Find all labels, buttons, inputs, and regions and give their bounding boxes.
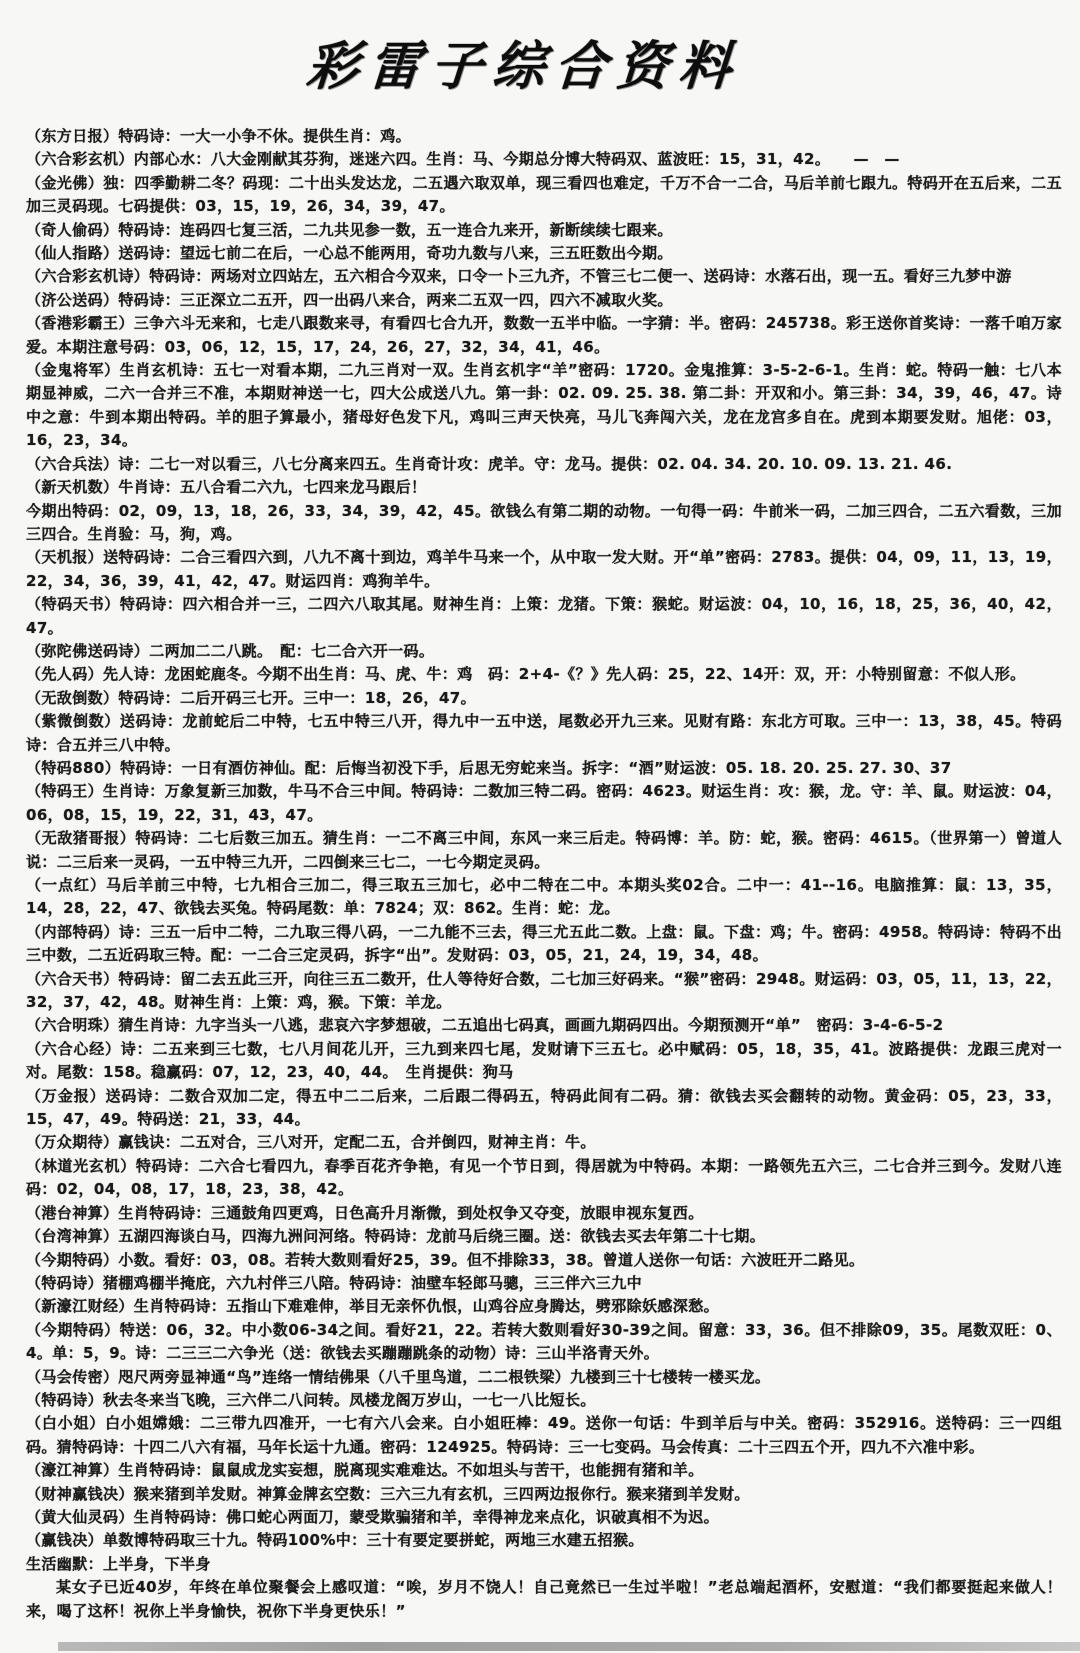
text-line: （仙人指路）送码诗：望远七前二在后，一心总不能两用，奇功九数与八来，三五旺数出今…: [26, 242, 1062, 265]
text-line: （金光佛）独：四季勤耕二冬？码现：二十出头发达龙，二五遇六取双单，现三看四也难定…: [26, 172, 1062, 219]
text-line: （马会传密）咫尺两旁显神通“鸟”连络一情结佛果（八千里鸟道，二二根铁梁）九楼到三…: [26, 1366, 1062, 1389]
text-line: （白小姐）白小姐嫦娥：二三带九四准开，一七有六八会来。白小姐旺棒：49。送你一句…: [26, 1412, 1062, 1459]
text-line: （台湾神算）五湖四海谈白马，四海九洲问河络。特码诗：龙前马后绕三圈。送：欲钱去买…: [26, 1225, 1062, 1248]
text-line: （先人码）先人诗：龙困蛇鹿冬。今期不出生肖：马、虎、牛：鸡 码：2+4-《？》先…: [26, 663, 1062, 686]
humor-section: 生活幽默：上半身，下半身 某女子已近40岁，年终在单位聚餐会上感叹道：“唉，岁月…: [26, 1553, 1062, 1623]
text-line: （六合彩玄机）内部心水：八大金刚献其芬狗，迷迷六四。生肖：马、今期总分博大特码双…: [26, 148, 1062, 171]
humor-body: 某女子已近40岁，年终在单位聚餐会上感叹道：“唉，岁月不饶人！自己竟然已一生过半…: [26, 1576, 1062, 1623]
text-line: （今期特码）特送：06，32。中小数06-34之间。看好21，22。若转大数则看…: [26, 1319, 1062, 1366]
text-line: （六合彩玄机诗）特码诗：两场对立四站左，五六相合今双来，口令一卜三九齐，不管三七…: [26, 265, 1062, 288]
humor-heading: 生活幽默：上半身，下半身: [26, 1553, 1062, 1576]
text-line: （六合明珠）猜生肖诗：九字当头一八逃，悲哀六字梦想破，二五追出七码真，画画九期码…: [26, 1014, 1062, 1037]
text-line: （一点红）马后羊前三中特，七九相合三加二，得三取五三加七，必中二特在二中。本期头…: [26, 874, 1062, 921]
text-line: （林道光玄机）特码诗：二六合七看四九，春季百花齐争艳，有见一个节日到，得居就为中…: [26, 1155, 1062, 1202]
paragraph-list: （东方日报）特码诗：一大一小争不休。提供生肖：鸡。（六合彩玄机）内部心水：八大金…: [26, 125, 1062, 1553]
text-line: （东方日报）特码诗：一大一小争不休。提供生肖：鸡。: [26, 125, 1062, 148]
text-line: （今期特码）小数。看好：03，08。若转大数则看好25，39。但不排除33，38…: [26, 1249, 1062, 1272]
text-line: （六合兵法）诗：二七一对以看三，八七分离来四五。生肖奇计攻：虎羊。守：龙马。提供…: [26, 453, 1062, 476]
text-line: （奇人偷码）特码诗：连码四七复三活，二九共见参一数，五一连合九来开，新断续续七跟…: [26, 219, 1062, 242]
text-line: （无敌倒数）特码诗：二后开码三七开。三中一：18，26，47。: [26, 687, 1062, 710]
text-line: （财神赢钱决）猴来猪到羊发财。神算金牌玄空数：三六三九有玄机，三四两边报你行。猴…: [26, 1483, 1062, 1506]
text-line: （新天机数）牛肖诗：五八合看二六九，七四来龙马跟后！: [26, 476, 1062, 499]
text-line: （特码880）特码诗：一日有酒仿神仙。配：后悔当初没下手，后思无穷蛇来当。拆字：…: [26, 757, 1062, 780]
text-line: （赢钱决）单数博特码取三十九。特码100%中：三十有要定要拼蛇，两地三水建五招猴…: [26, 1529, 1062, 1552]
text-line: （紫微倒数）送码诗：龙前蛇后二中特，七五中特三八开，得九中一五中送，尾数必开九三…: [26, 710, 1062, 757]
page-title: 彩雷子综合资料: [23, 24, 1024, 99]
text-line: （万众期待）赢钱诀：二五对合，三八对开，定配二五，合并倒四，财神主肖：牛。: [26, 1131, 1062, 1154]
text-line: （黄大仙灵码）生肖特码诗：佛口蛇心两面刀，蒙受欺骗猪和羊，幸得神龙来点化，识破真…: [26, 1506, 1062, 1529]
text-line: （港台神算）生肖特码诗：三通鼓角四更鸡，日色高升月渐微，到处权争又夺变，放眼申视…: [26, 1202, 1062, 1225]
text-line: （特码王）生肖诗：万象复新三加数，牛马不合三中间。特码诗：二数加三特二码。密码：…: [26, 780, 1062, 827]
text-line: （弥陀佛送码诗）二两加二二八跳。 配：七二合六开一码。: [26, 640, 1062, 663]
text-line: （特码天书）特码诗：四六相合并一三，二四六八取其尾。财神生肖：上策：龙猪。下策：…: [26, 593, 1062, 640]
text-line: 今期出特码：02，09，13，18，26，33，34，39，42，45。欲钱么有…: [26, 500, 1062, 547]
scanned-document-page: 彩雷子综合资料 （东方日报）特码诗：一大一小争不休。提供生肖：鸡。（六合彩玄机）…: [0, 0, 1080, 1653]
text-line: （六合心经）诗：二五来到三七数，七八月间花儿开，三九到来四七尾，发财请下三五七。…: [26, 1038, 1062, 1085]
text-line: （无敌猪哥报）特码诗：二七后数三加五。猜生肖：一二不离三中间，东风一来三后走。特…: [26, 827, 1062, 874]
text-line: （济公送码）特码诗：三正深立二五开，四一出码八来合，两来二五双一四，四六不减取火…: [26, 289, 1062, 312]
text-line: （天机报）送特码诗：二合三看四六到，八九不离十到边，鸡羊牛马来一个，从中取一发大…: [26, 546, 1062, 593]
text-line: （金鬼将军）生肖玄机诗：五七一对看本期，二九三肖对一双。生肖玄机字“羊”密码：1…: [26, 359, 1062, 453]
text-line: （香港彩霸王）三争六斗无来和，七走八跟数来寻，有看四七合九开，数数一五半中临。一…: [26, 312, 1062, 359]
text-line: （内部特码）诗：三五一后中二特，二九取三得八码，一二九能不三去，得三尤五此二数。…: [26, 921, 1062, 968]
text-line: （特码诗）秋去冬来当飞晚，三六伴二八问转。凤楼龙阁万岁山，一七一八比短长。: [26, 1389, 1062, 1412]
scan-edge-artifact: [58, 1642, 1080, 1651]
text-line: （新濠江财经）生肖特码诗：五指山下难难伸，举目无亲怀仇恨，山鸡谷应身腾达，劈邪除…: [26, 1295, 1062, 1318]
text-line: （特码诗）猪棚鸡棚半掩庇，六九村伴三八陪。特码诗：油壁车轻郎马骢，三三伴六三九中: [26, 1272, 1062, 1295]
text-line: （濠江神算）生肖特码诗：鼠鼠成龙实妄想，脱离现实难难达。不如坦头与苦干，也能拥有…: [26, 1459, 1062, 1482]
text-line: （万金报）送码诗：二数合双加二定，得五中二二后来，二后跟二得码五，特码此间有二码…: [26, 1085, 1062, 1132]
text-line: （六合天书）特码诗：留二去五此三开，向往三五二数开，仕人等待好合数，二七加三好码…: [26, 968, 1062, 1015]
